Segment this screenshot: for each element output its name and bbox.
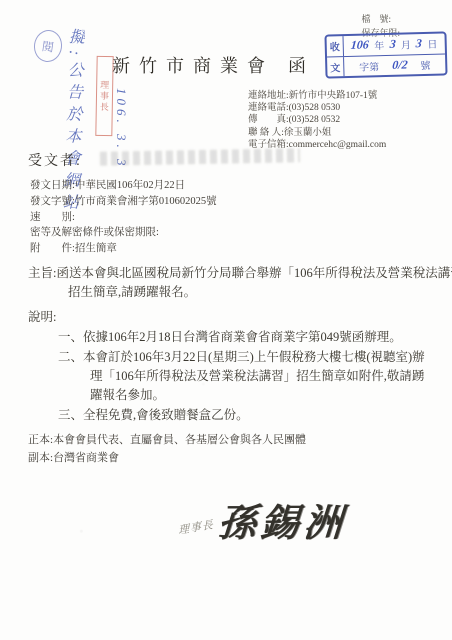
issue-date-value: 中華民國106年02月22日 [75, 180, 185, 191]
issue-date-label: 發文日期: [30, 180, 75, 191]
receipt-doc-label: 文 [327, 57, 345, 77]
doc-number-label: 發文字號: [30, 196, 75, 207]
priority-label: 速 別: [30, 212, 75, 223]
scanned-official-letter: 檔 號: 保存年限: 收 106 年 3 月 3 日 文 字第 0/2 號 閱 … [0, 0, 452, 640]
subject-text: 函送本會與北區國稅局新竹分局聯合舉辦「106年所得稅法及營業稅法講習」招生簡章,… [56, 266, 452, 299]
receipt-date-content: 106 年 3 月 3 日 [344, 36, 445, 54]
explanation-items: 一、依據106年2月18日台灣省商業會省商業字第049號函辦理。 二、本會訂於1… [28, 328, 432, 425]
recipient-label: 受文者: [28, 150, 82, 170]
doc-number-value: 竹市商業會湘字第010602025號 [75, 196, 217, 207]
original-copy-label: 正本: [28, 434, 53, 446]
red-routing-stamp: 理事長 [95, 56, 113, 136]
explanation-item-3: 三、全程免費,會後致贈餐盒乙份。 [28, 406, 432, 425]
priority-line: 速 別: [30, 210, 217, 226]
document-type: 函 [288, 52, 306, 78]
receipt-number-prefix: 字第 [359, 58, 379, 74]
classification-label: 密等及解密條件或保密期限: [30, 227, 159, 238]
review-approval-stamp: 閱 [32, 28, 64, 64]
attachment-value: 招生簡章 [75, 243, 117, 254]
signer-title: 理事長 [178, 515, 215, 537]
receipt-recv-label: 收 [326, 36, 344, 56]
receipt-month-handwritten: 3 [389, 37, 396, 52]
duplicate-copy-line: 副本:台灣省商業會 [28, 450, 306, 468]
distribution-block: 正本:本會會員代表、直屬會員、各基層公會與各人民團體 副本:台灣省商業會 [28, 432, 306, 467]
duplicate-copy-label: 副本: [28, 452, 53, 464]
explanation-section: 說明: 一、依據106年2月18日台灣省商業會省商業字第049號函辦理。 二、本… [28, 308, 432, 425]
contact-fax: 傳 真:(03)528 0532 [248, 114, 386, 126]
receipt-day-unit: 日 [427, 36, 437, 51]
explanation-item-1: 一、依據106年2月18日台灣省商業會省商業字第049號函辦理。 [28, 328, 432, 347]
receipt-row-number: 文 字第 0/2 號 [327, 53, 445, 77]
original-copy-line: 正本:本會會員代表、直屬會員、各基層公會與各人民團體 [28, 432, 306, 450]
subject-paragraph: 主旨:函送本會與北區國稅局新竹分局聯合舉辦「106年所得稅法及營業稅法講習」招生… [28, 264, 452, 302]
attachment-label: 附 件: [30, 243, 75, 254]
subject-label: 主旨: [28, 266, 56, 280]
receipt-number-handwritten: 0/2 [391, 57, 408, 72]
doc-number-line: 發文字號:竹市商業會湘字第010602025號 [30, 194, 217, 210]
issue-date-line: 發文日期:中華民國106年02月22日 [30, 178, 217, 194]
organization-name: 新竹市商業會 [112, 52, 274, 78]
receipt-month-unit: 月 [401, 37, 411, 52]
attachment-line: 附 件:招生簡章 [30, 241, 217, 257]
signer-name-calligraphy: 孫錫洲 [216, 492, 349, 547]
contact-phone: 連絡電話:(03)528 0530 [248, 102, 386, 114]
document-meta-block: 發文日期:中華民國106年02月22日 發文字號:竹市商業會湘字第0106020… [30, 178, 217, 257]
receipt-date-stamp: 收 106 年 3 月 3 日 文 字第 0/2 號 [324, 31, 447, 78]
receipt-day-handwritten: 3 [416, 36, 423, 51]
receipt-number-content: 字第 0/2 號 [344, 56, 445, 74]
explanation-label: 說明: [28, 308, 432, 327]
contact-person: 聯 絡 人:徐玉蘭小姐 [248, 127, 386, 139]
duplicate-copy-value: 台灣省商業會 [53, 452, 119, 464]
faint-overprint-text [100, 148, 300, 165]
explanation-item-2: 二、本會訂於106年3月22日(星期三)上午假稅務大樓七樓(視聽室)辦理「106… [28, 348, 432, 405]
signature-block: 理事長 孫錫洲 [178, 492, 347, 547]
receipt-year-unit: 年 [374, 37, 384, 52]
classification-line: 密等及解密條件或保密期限: [30, 225, 217, 241]
contact-address: 連絡地址:新竹市中央路107-1號 [248, 90, 386, 102]
file-number-label: 檔 號: [361, 12, 400, 26]
contact-info-block: 連絡地址:新竹市中央路107-1號 連絡電話:(03)528 0530 傳 真:… [248, 90, 386, 151]
original-copy-value: 本會會員代表、直屬會員、各基層公會與各人民團體 [53, 434, 306, 446]
receipt-year-handwritten: 106 [350, 38, 369, 54]
receipt-number-unit: 號 [420, 57, 430, 72]
document-title: 新竹市商業會 函 [112, 52, 306, 78]
